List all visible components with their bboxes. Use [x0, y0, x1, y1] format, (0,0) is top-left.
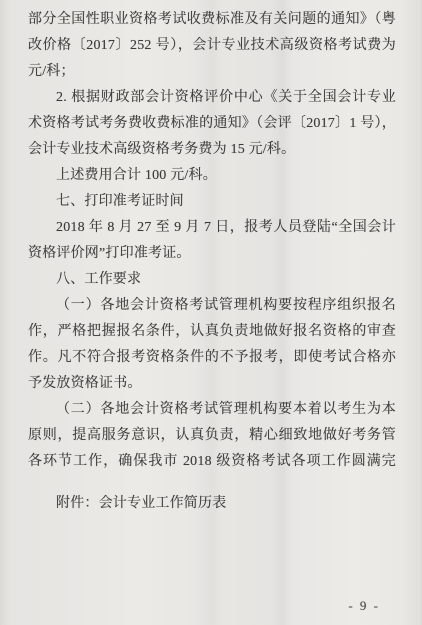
- document-line: （二）各地会计资格考试管理机构要本着以考生为本的: [28, 397, 396, 423]
- document-line: 资格评价网”打印准考证。: [28, 241, 396, 267]
- attachment-line: 附件：会计专业工作简历表: [28, 491, 396, 517]
- document-line: 作，严格把握报名条件，认真负责地做好报名资格的审查工: [28, 319, 396, 345]
- section-heading-print: 七、打印准考证时间: [28, 189, 396, 215]
- scanned-document-page: 部分全国性职业资格考试收费标准及有关问题的通知》（粤发 改价格〔2017〕252…: [0, 0, 422, 625]
- document-line: 改价格〔2017〕252 号），会计专业技术高级资格考试费为 85: [28, 33, 396, 59]
- document-line: 2. 根据财政部会计资格评价中心《关于全国会计专业技: [28, 85, 396, 111]
- document-line: 部分全国性职业资格考试收费标准及有关问题的通知》（粤发: [28, 7, 396, 33]
- document-line: 予发放资格证书。: [28, 371, 396, 397]
- document-line: 上述费用合计 100 元/科。: [28, 163, 396, 189]
- page-number: - 9 -: [348, 598, 380, 614]
- document-line: 2018 年 8 月 27 至 9 月 7 日，报考人员登陆“全国会计: [28, 215, 396, 241]
- document-line: 原则，提高服务意识，认真负责，精心细致地做好考务管理: [28, 423, 396, 449]
- document-line: 术资格考试考务费收费标准的通知》（会评〔2017〕1 号），: [28, 111, 396, 137]
- document-line: 会计专业技术高级资格考务费为 15 元/科。: [28, 137, 396, 163]
- document-body: 部分全国性职业资格考试收费标准及有关问题的通知》（粤发 改价格〔2017〕252…: [28, 7, 396, 517]
- document-line: （一）各地会计资格考试管理机构要按程序组织报名工: [28, 293, 396, 319]
- document-line: 各环节工作，确保我市 2018 级资格考试各项工作圆满完成。: [28, 449, 396, 475]
- document-line: 作。凡不符合报考资格条件的不予报考，即使考试合格亦不: [28, 345, 396, 371]
- section-heading-work: 八、工作要求: [28, 267, 396, 293]
- document-line: 元/科；: [28, 59, 396, 85]
